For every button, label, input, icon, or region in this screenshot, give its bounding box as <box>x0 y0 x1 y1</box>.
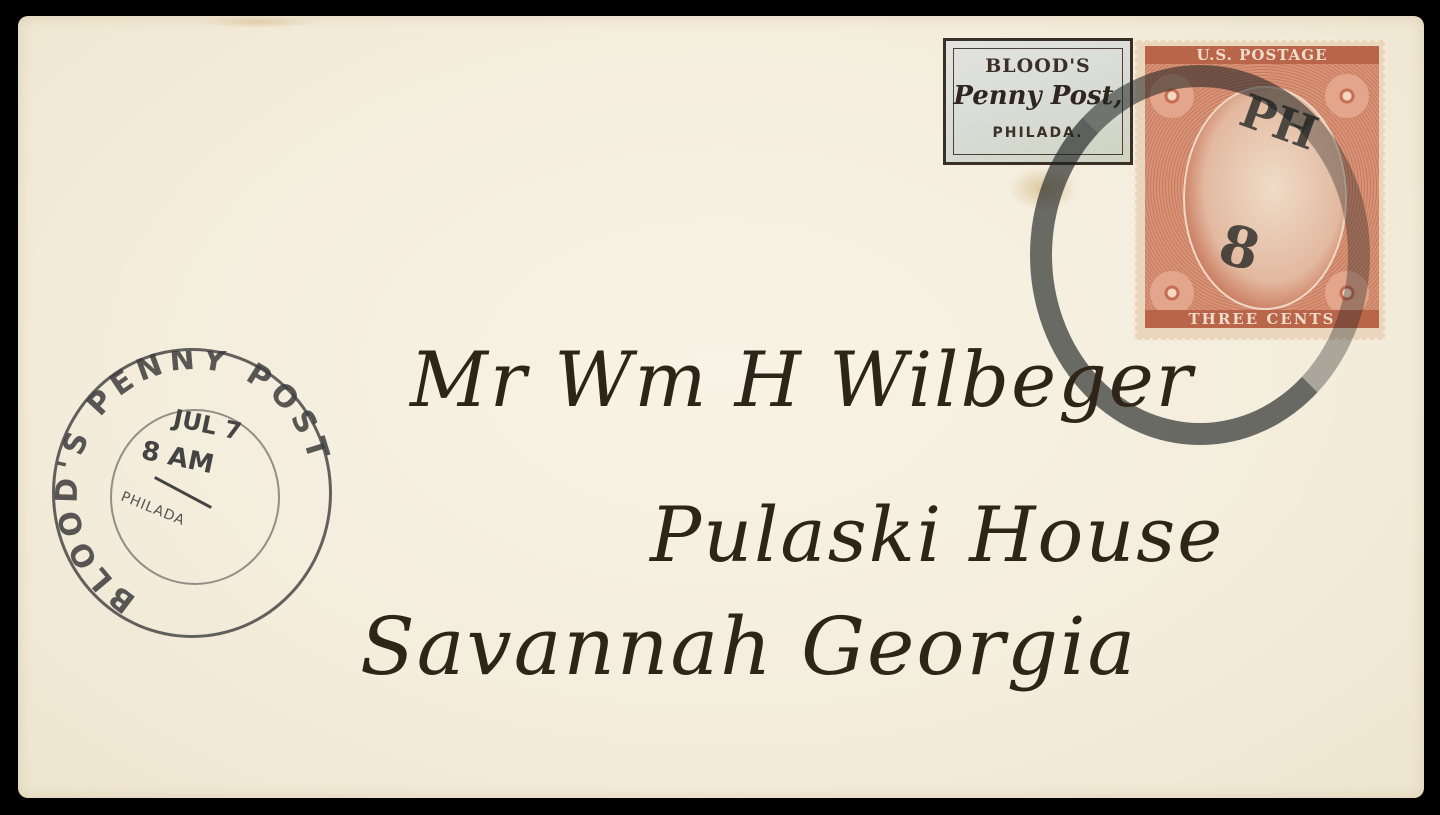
rosette-icon <box>1325 74 1369 118</box>
address-line-street: Pulaski House <box>650 490 1224 579</box>
bloods-penny-post-postmark: BLOOD'S PENNY POST JUL 7 8 AM PHILADA <box>52 348 332 638</box>
address-line-name: Mr Wm H Wilbeger <box>410 335 1194 424</box>
stamp-top-label: U.S. POSTAGE <box>1145 46 1379 64</box>
address-line-city: Savannah Georgia <box>360 600 1137 693</box>
stamp-line-1: BLOOD'S <box>946 55 1130 77</box>
